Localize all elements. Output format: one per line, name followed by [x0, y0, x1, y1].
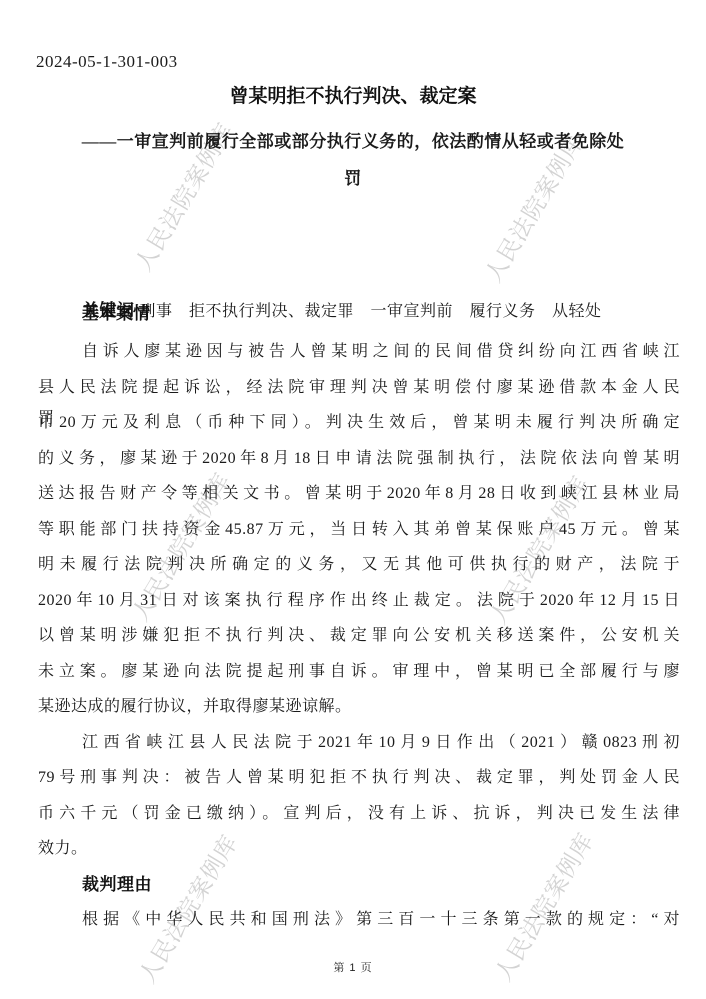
case-subtitle: ——一审宣判前履行全部或部分执行义务的，依法酌情从轻或者免除处 罚 [0, 123, 706, 197]
section-heading-reasoning: 裁判理由 [38, 867, 680, 903]
body-line: 等职能部门扶持资金45.87万元，当日转入其弟曾某保账户45万元。曾某 [38, 512, 680, 548]
body-line: 币六千元（罚金已缴纳）。宣判后，没有上诉、抗诉，判决已发生法律 [38, 796, 680, 832]
body-line: 未立案。廖某逊向法院提起刑事自诉。审理中，曾某明已全部履行与廖 [38, 654, 680, 690]
document-page: 人民法院案例库 人民法院案例库 人民法院案例库 人民法院案例库 人民法院案例库 … [0, 0, 706, 999]
page-number: 第 1 页 [0, 959, 706, 975]
case-title: 曾某明拒不执行判决、裁定案 [0, 81, 706, 108]
body-line: 送达报告财产令等相关文书。曾某明于2020年8月28日收到峡江县林业局 [38, 476, 680, 512]
body-line: 某逊达成的履行协议，并取得廖某逊谅解。 [38, 689, 680, 725]
case-subtitle-line: ——一审宣判前履行全部或部分执行义务的，依法酌情从轻或者免除处 [0, 123, 706, 160]
body-line: 江西省峡江县人民法院于2021年10月9日作出（2021）赣0823刑初 [38, 725, 680, 761]
body-line: 效力。 [38, 831, 680, 867]
body-line: 以曾某明涉嫌犯拒不执行判决、裁定罪向公安机关移送案件，公安机关 [38, 618, 680, 654]
doc-number: 2024-05-1-301-003 [36, 52, 178, 72]
keywords-terms: 刑事 拒不执行判决、裁定罪 一审宣判前 履行义务 从轻处 [140, 303, 602, 320]
section-heading-basic-facts: 基本案情 [82, 299, 150, 324]
body-line: 79号刑事判决：被告人曾某明犯拒不执行判决、裁定罪，判处罚金人民 [38, 760, 680, 796]
body-line: 县人民法院提起诉讼，经法院审理判决曾某明偿付廖某逊借款本金人民 [38, 370, 680, 406]
body-line: 的义务，廖某逊于2020年8月18日申请法院强制执行，法院依法向曾某明 [38, 441, 680, 477]
document-body: 自诉人廖某逊因与被告人曾某明之间的民间借贷纠纷向江西省峡江 县人民法院提起诉讼，… [38, 334, 680, 938]
body-line: 自诉人廖某逊因与被告人曾某明之间的民间借贷纠纷向江西省峡江 [38, 334, 680, 370]
body-line: 根据《中华人民共和国刑法》第三百一十三条第一款的规定：“对 [38, 902, 680, 938]
body-line: 2020年10月31日对该案执行程序作出终止裁定。法院于2020年12月15日 [38, 583, 680, 619]
case-subtitle-line: 罚 [0, 160, 706, 197]
body-line: 币20万元及利息（币种下同）。判决生效后，曾某明未履行判决所确定 [38, 405, 680, 441]
body-line: 明未履行法院判决所确定的义务，又无其他可供执行的财产，法院于 [38, 547, 680, 583]
